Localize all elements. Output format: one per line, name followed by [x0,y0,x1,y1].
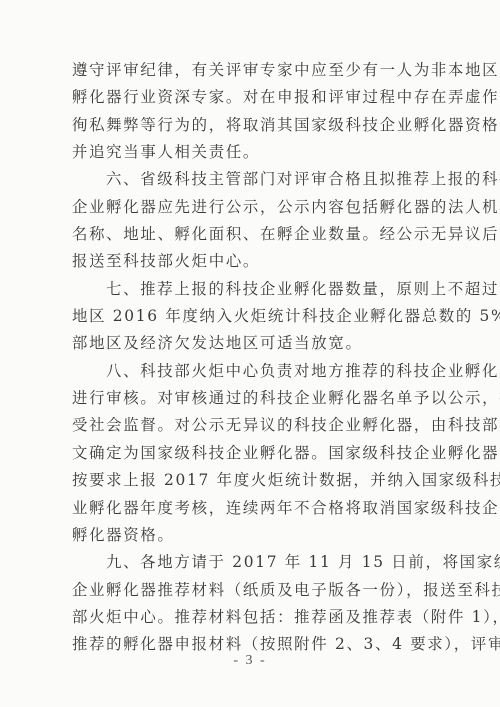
document-page: 遵守评审纪律，有关评审专家中应至少有一人为非本地区的 孵化器行业资深专家。对在申… [0,0,500,707]
text-line: 遵守评审纪律，有关评审专家中应至少有一人为非本地区的 [72,57,422,84]
text-line: 八、科技部火炬中心负责对地方推荐的科技企业孵化器 [72,358,422,385]
text-line: 业孵化器年度考核，连续两年不合格将取消国家级科技企业 [72,495,422,522]
paragraph-review-discipline: 遵守评审纪律，有关评审专家中应至少有一人为非本地区的 孵化器行业资深专家。对在申… [72,57,422,166]
text-line: 七、推荐上报的科技企业孵化器数量，原则上不超过该 [72,276,422,303]
paragraph-section-8: 八、科技部火炬中心负责对地方推荐的科技企业孵化器 进行审核。对审核通过的科技企业… [72,358,422,549]
paragraph-section-6: 六、省级科技主管部门对评审合格且拟推荐上报的科技 企业孵化器应先进行公示，公示内… [72,166,422,275]
text-line: 企业孵化器应先进行公示，公示内容包括孵化器的法人机构 [72,194,422,221]
text-line: 受社会监督。对公示无异议的科技企业孵化器，由科技部发 [72,412,422,439]
text-line: 报送至科技部火炬中心。 [72,248,422,275]
text-line: 六、省级科技主管部门对评审合格且拟推荐上报的科技 [72,166,422,193]
paragraph-section-9: 九、各地方请于 2017 年 11 月 15 日前，将国家级科技 企业孵化器推荐… [72,549,422,658]
text-line: 孵化器行业资深专家。对在申报和评审过程中存在弄虚作假、 [72,84,422,111]
text-line: 孵化器资格。 [72,522,422,549]
paragraph-section-7: 七、推荐上报的科技企业孵化器数量，原则上不超过该 地区 2016 年度纳入火炬统… [72,276,422,358]
text-line: 徇私舞弊等行为的，将取消其国家级科技企业孵化器资格， [72,112,422,139]
text-line: 部火炬中心。推荐材料包括：推荐函及推荐表（附件 1）， [72,604,422,631]
text-line: 企业孵化器推荐材料（纸质及电子版各一份），报送至科技 [72,577,422,604]
text-line: 地区 2016 年度纳入火炬统计科技企业孵化器总数的 5%，西 [72,303,422,330]
text-line: 并追究当事人相关责任。 [72,139,422,166]
text-line: 部地区及经济欠发达地区可适当放宽。 [72,330,422,357]
text-line: 九、各地方请于 2017 年 11 月 15 日前，将国家级科技 [72,549,422,576]
text-line: 文确定为国家级科技企业孵化器。国家级科技企业孵化器需 [72,440,422,467]
text-line: 名称、地址、孵化面积、在孵企业数量。经公示无异议后， [72,221,422,248]
text-line: 按要求上报 2017 年度火炬统计数据，并纳入国家级科技企 [72,467,422,494]
document-body: 遵守评审纪律，有关评审专家中应至少有一人为非本地区的 孵化器行业资深专家。对在申… [72,57,422,659]
text-line: 进行审核。对审核通过的科技企业孵化器名单予以公示，接 [72,385,422,412]
page-number: - 3 - [0,653,500,669]
